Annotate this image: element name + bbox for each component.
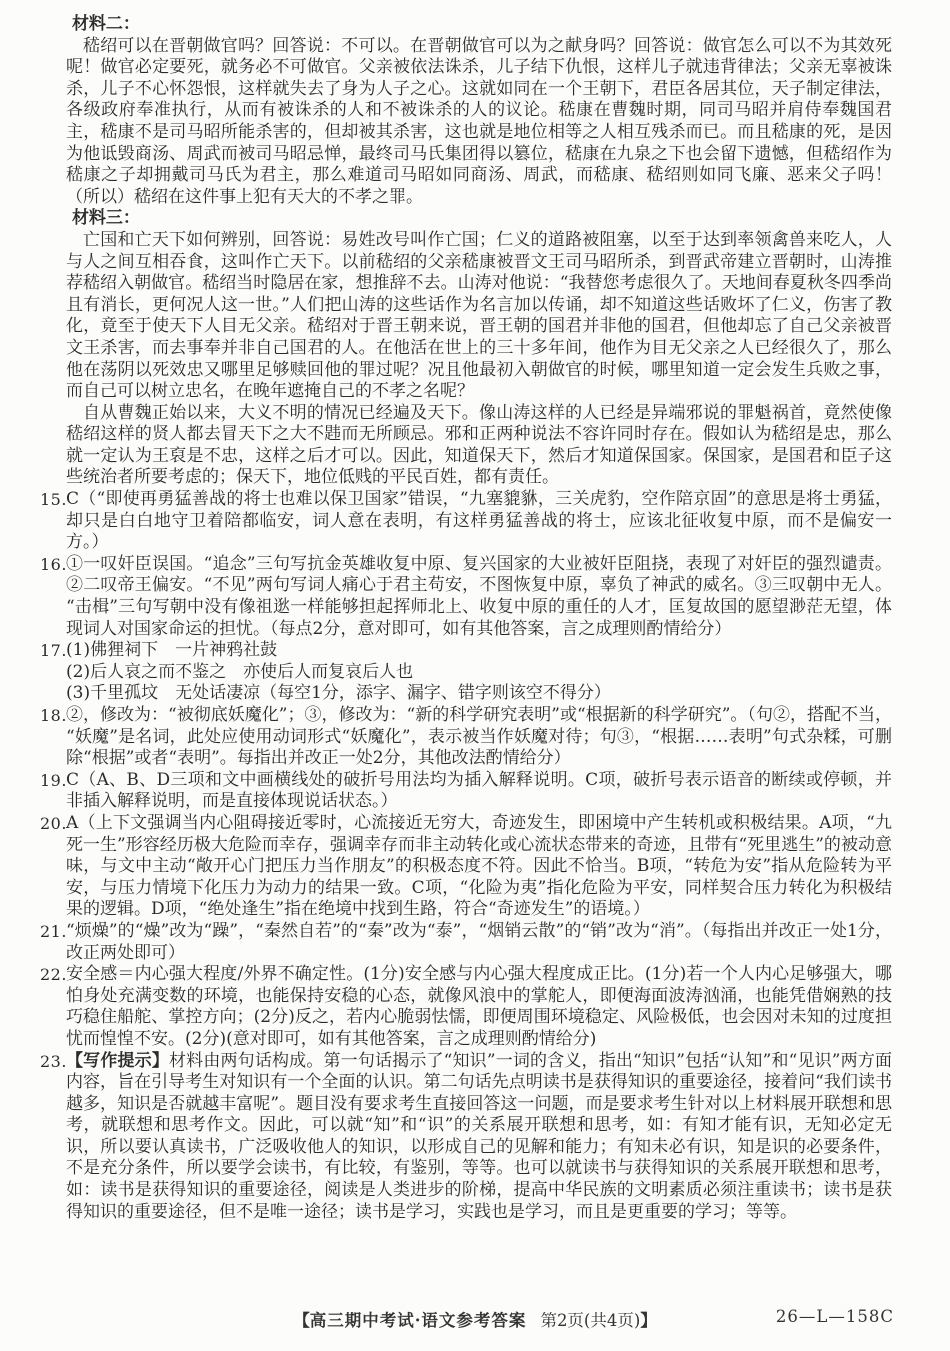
answer-bold-prefix: 【写作提示】 <box>66 1051 169 1071</box>
answer-item: 21.“烦燥”的“燥”改为“躁”，“秦然自若”的“秦”改为“泰”，“烟销云散”的… <box>40 921 892 964</box>
material-paragraph: 亡国和亡天下如何辨别，回答说：易姓改号叫作亡国；仁义的道路被阻塞，以至于达到率领… <box>66 230 892 403</box>
footer-bracket-close: 】 <box>640 1311 657 1330</box>
answer-text: C（A、B、D三项和文中画横线处的破折号用法均为插入解释说明。C项，破折号表示语… <box>66 770 892 813</box>
answer-item: 16.①一叹奸臣误国。“追念”三句写抗金英雄收复中原、复兴国家的大业被奸臣阻挠，… <box>40 554 892 640</box>
answer-body: 【写作提示】材料由两句话构成。第一句话揭示了“知识”一词的含义，指出“知识”包括… <box>66 1051 892 1224</box>
answer-number: 19. <box>40 770 66 813</box>
answer-text: 安全感＝内心强大程度/外界不确定性。(1分)安全感与内心强大程度成正比。(1分)… <box>66 964 892 1050</box>
page-footer: 【高三期中考试·语文参考答案第2页(共4页)】 26—L—158C <box>0 1307 950 1329</box>
answer-item: 19.C（A、B、D三项和文中画横线处的破折号用法均为插入解释说明。C项，破折号… <box>40 770 892 813</box>
answer-number: 18. <box>40 705 66 770</box>
material-heading: 材料二： <box>66 14 892 36</box>
answer-text: “烦燥”的“燥”改为“躁”，“秦然自若”的“秦”改为“泰”，“烟销云散”的“销”… <box>66 921 892 964</box>
scanned-answer-page: 材料二：嵇绍可以在晋朝做官吗？回答说：不可以。在晋朝做官可以为之献身吗？回答说：… <box>0 0 950 1351</box>
footer-bracket-open: 【 <box>293 1311 310 1330</box>
answer-number: 20. <box>40 813 66 921</box>
answer-text: (3)千里孤坟 无处话凄凉（每空1分，添字、漏字、错字则该空不得分） <box>66 683 892 705</box>
answer-body: 安全感＝内心强大程度/外界不确定性。(1分)安全感与内心强大程度成正比。(1分)… <box>66 964 892 1050</box>
answer-body: ①一叹奸臣误国。“追念”三句写抗金英雄收复中原、复兴国家的大业被奸臣阻挠，表现了… <box>66 554 892 640</box>
answer-text-span: 材料由两句话构成。第一句话揭示了“知识”一词的含义，指出“知识”包括“认知”和“… <box>66 1051 892 1222</box>
answer-item: 23.【写作提示】材料由两句话构成。第一句话揭示了“知识”一词的含义，指出“知识… <box>40 1051 892 1224</box>
answer-item: 20.A（上下文强调当内心阻碍接近零时，心流接近无穷大，奇迹发生，即困境中产生转… <box>40 813 892 921</box>
answer-body: ②，修改为：“被彻底妖魔化”；③，修改为：“新的科学研究表明”或“根据新的科学研… <box>66 705 892 770</box>
material-heading: 材料三： <box>66 208 892 230</box>
answer-number: 21. <box>40 921 66 964</box>
answer-body: (1)佛狸祠下 一片神鸦社鼓(2)后人哀之而不鉴之 亦使后人而复哀后人也(3)千… <box>66 640 892 705</box>
answers: 15.C（“即使再勇猛善战的将士也难以保卫国家”错误，“九塞貔貅，三关虎豹，空作… <box>66 489 892 1223</box>
answer-body: A（上下文强调当内心阻碍接近零时，心流接近无穷大，奇迹发生，即困境中产生转机或积… <box>66 813 892 921</box>
answer-number: 16. <box>40 554 66 640</box>
answer-text: (2)后人哀之而不鉴之 亦使后人而复哀后人也 <box>66 662 892 684</box>
footer-page-info: 第2页(共4页) <box>540 1311 640 1330</box>
paper-code: 26—L—158C <box>776 1307 894 1326</box>
footer-exam-title: 高三期中考试·语文参考答案 <box>310 1311 527 1330</box>
answer-item: 22.安全感＝内心强大程度/外界不确定性。(1分)安全感与内心强大程度成正比。(… <box>40 964 892 1050</box>
material-paragraph: 嵇绍可以在晋朝做官吗？回答说：不可以。在晋朝做官可以为之献身吗？回答说：做官怎么… <box>66 36 892 209</box>
material-paragraph: 自从曹魏正始以来，大义不明的情况已经遍及天下。像山涛这样的人已经是异端邪说的罪魁… <box>66 403 892 489</box>
answer-number: 23. <box>40 1051 66 1224</box>
answer-item: 17.(1)佛狸祠下 一片神鸦社鼓(2)后人哀之而不鉴之 亦使后人而复哀后人也(… <box>40 640 892 705</box>
answer-text: (1)佛狸祠下 一片神鸦社鼓 <box>66 640 892 662</box>
answer-text: ①一叹奸臣误国。“追念”三句写抗金英雄收复中原、复兴国家的大业被奸臣阻挠，表现了… <box>66 554 892 640</box>
answer-text: A（上下文强调当内心阻碍接近零时，心流接近无穷大，奇迹发生，即困境中产生转机或积… <box>66 813 892 921</box>
answer-number: 22. <box>40 964 66 1050</box>
answer-text: C（“即使再勇猛善战的将士也难以保卫国家”错误，“九塞貔貅，三关虎豹，空作陪京固… <box>66 489 892 554</box>
answer-number: 17. <box>40 640 66 705</box>
answer-item: 15.C（“即使再勇猛善战的将士也难以保卫国家”错误，“九塞貔貅，三关虎豹，空作… <box>40 489 892 554</box>
answer-body: C（“即使再勇猛善战的将士也难以保卫国家”错误，“九塞貔貅，三关虎豹，空作陪京固… <box>66 489 892 554</box>
answer-body: C（A、B、D三项和文中画横线处的破折号用法均为插入解释说明。C项，破折号表示语… <box>66 770 892 813</box>
answer-number: 15. <box>40 489 66 554</box>
page-content: 材料二：嵇绍可以在晋朝做官吗？回答说：不可以。在晋朝做官可以为之献身吗？回答说：… <box>66 14 892 1223</box>
answer-text: 【写作提示】材料由两句话构成。第一句话揭示了“知识”一词的含义，指出“知识”包括… <box>66 1051 892 1224</box>
answer-item: 18.②，修改为：“被彻底妖魔化”；③，修改为：“新的科学研究表明”或“根据新的… <box>40 705 892 770</box>
materials: 材料二：嵇绍可以在晋朝做官吗？回答说：不可以。在晋朝做官可以为之献身吗？回答说：… <box>66 14 892 489</box>
answer-body: “烦燥”的“燥”改为“躁”，“秦然自若”的“秦”改为“泰”，“烟销云散”的“销”… <box>66 921 892 964</box>
answer-text: ②，修改为：“被彻底妖魔化”；③，修改为：“新的科学研究表明”或“根据新的科学研… <box>66 705 892 770</box>
